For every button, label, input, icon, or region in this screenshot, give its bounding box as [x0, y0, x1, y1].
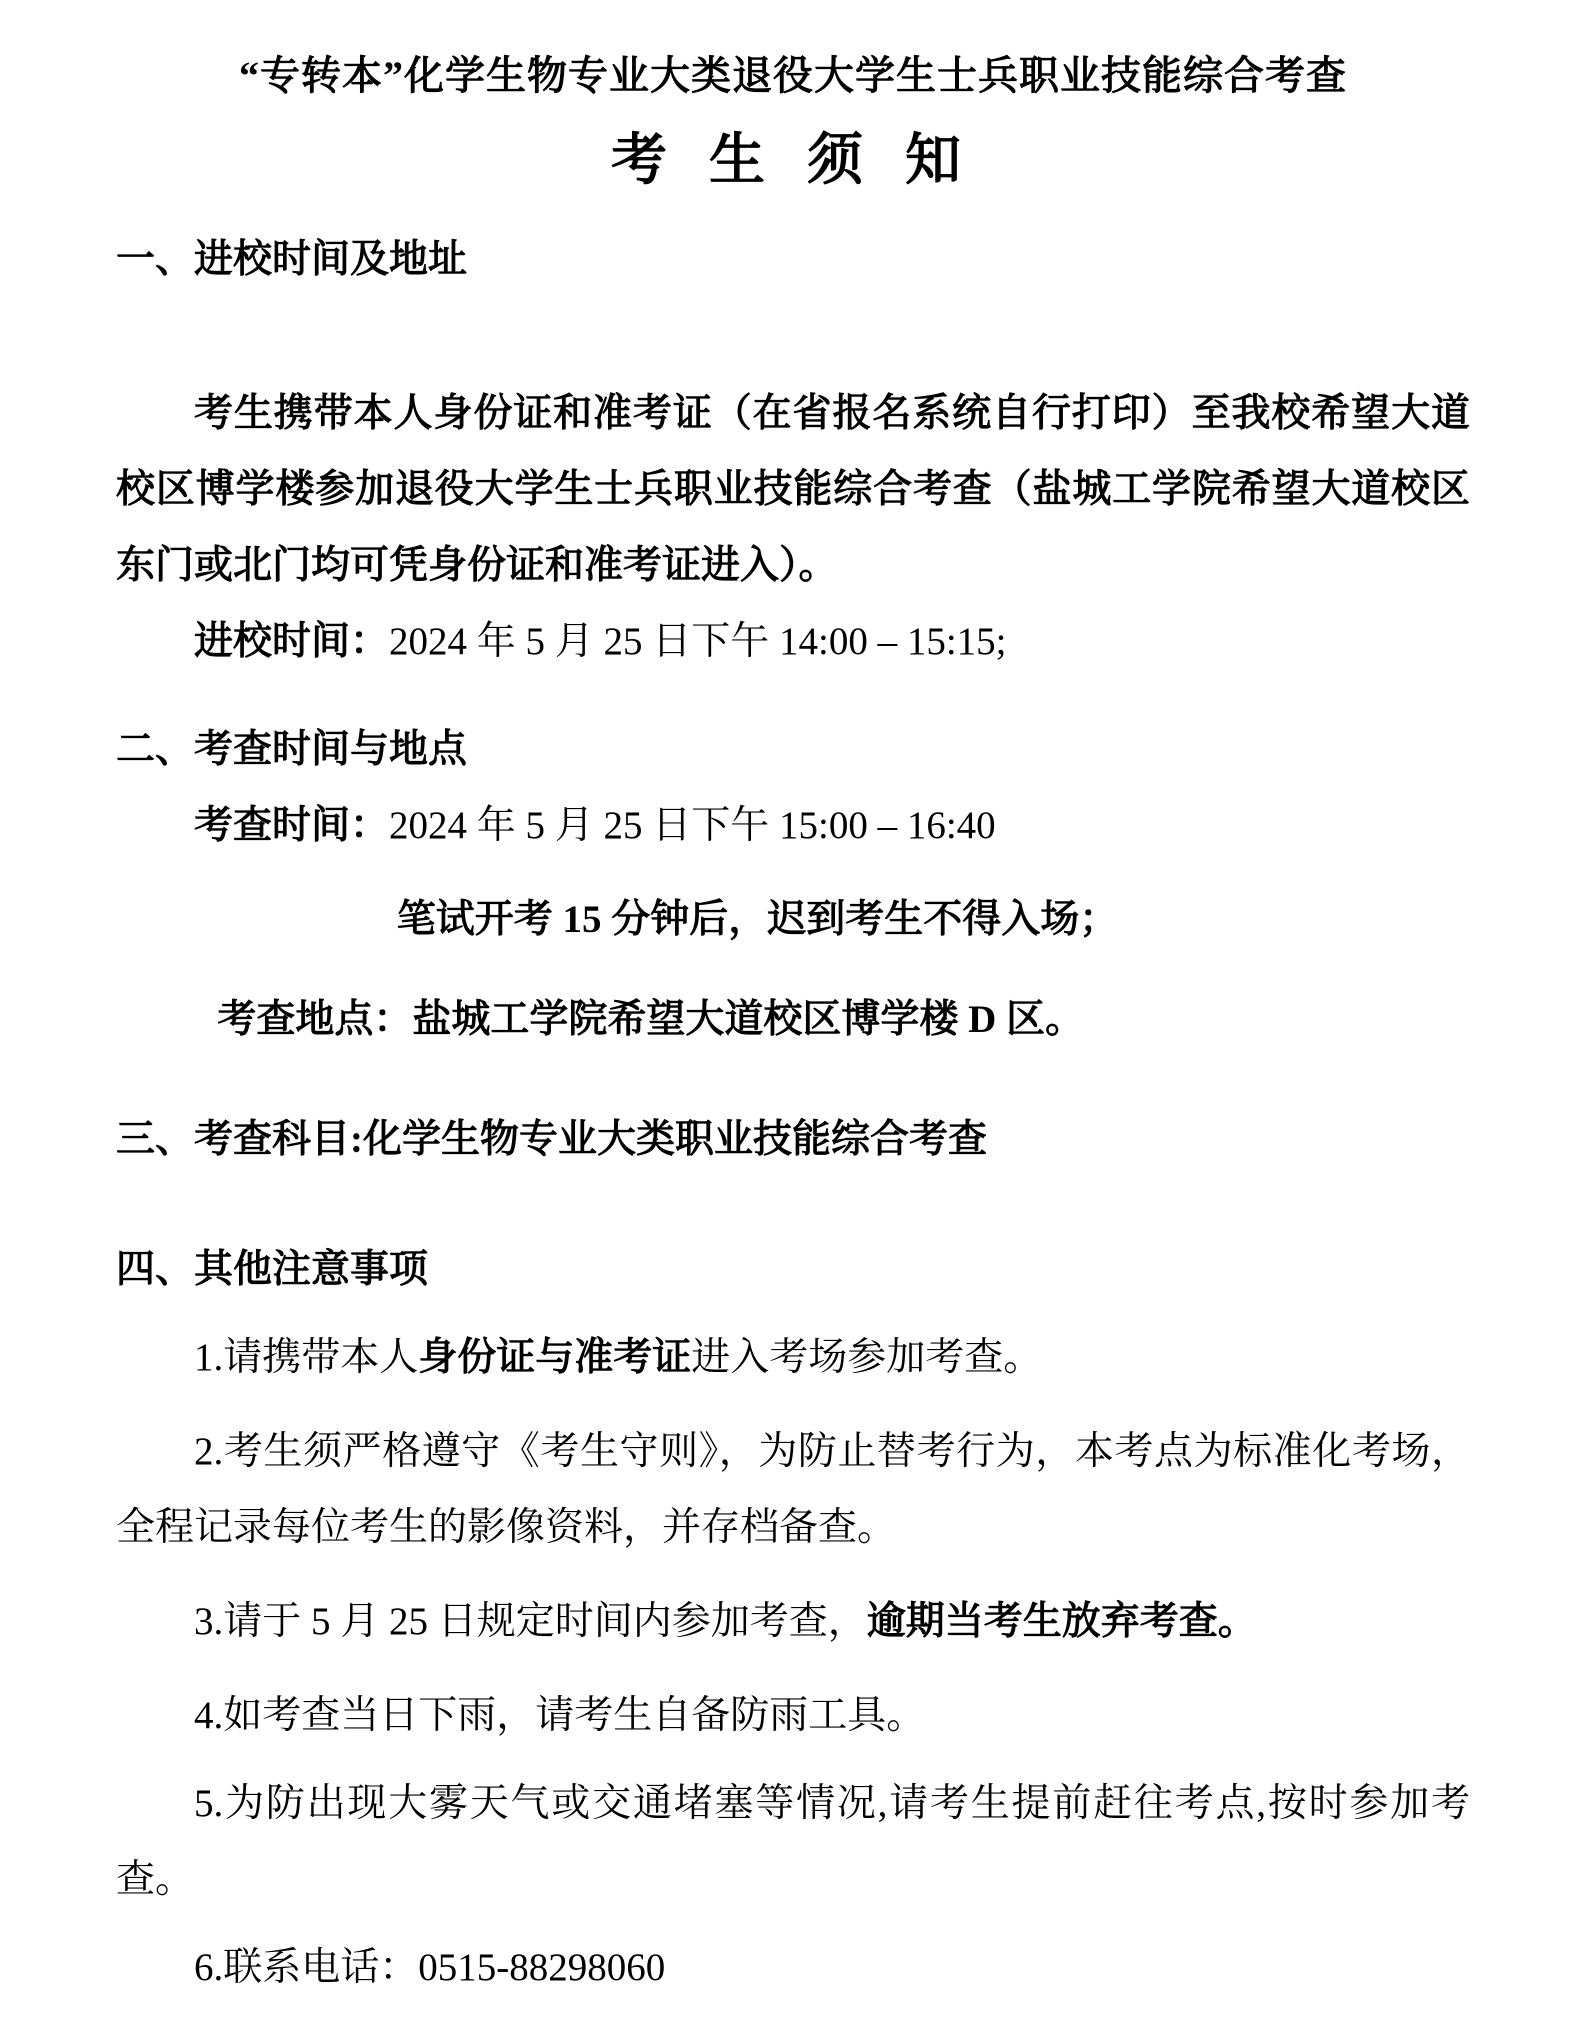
entry-time-line: 进校时间：2024 年 5 月 25 日下午 14:00 – 15:15;	[116, 604, 1470, 680]
section2-heading: 二、考查时间与地点	[116, 724, 1470, 776]
notice-item-3: 3.请于 5 月 25 日规定时间内参加考查，逾期当考生放弃考查。	[116, 1584, 1470, 1660]
notice-item-1-pre: 1.请携带本人	[194, 1336, 418, 1379]
doc-title: “专转本”化学生物专业大类退役大学生士兵职业技能综合考查	[116, 50, 1470, 102]
section3-heading: 三、考查科目:化学生物专业大类职业技能综合考查	[116, 1114, 1470, 1166]
notice-item-3-pre: 3.请于 5 月 25 日规定时间内参加考查，	[194, 1600, 867, 1643]
doc-subtitle: 考 生 须 知	[116, 126, 1470, 196]
contact-phone-value: 0515-88298060	[418, 1946, 665, 1989]
section1-heading: 一、进校时间及地址	[116, 234, 1470, 286]
exam-location-value: 盐城工学院希望大道校区博学楼 D 区。	[412, 998, 1084, 1041]
notice-item-1-post: 进入考场参加考查。	[691, 1336, 1042, 1379]
entry-time-value: 2024 年 5 月 25 日下午 14:00 – 15:15;	[389, 620, 1007, 663]
notice-item-4: 4.如考查当日下雨，请考生自备防雨工具。	[116, 1678, 1470, 1754]
section4-heading: 四、其他注意事项	[116, 1244, 1470, 1296]
entry-time-label: 进校时间：	[194, 620, 389, 663]
exam-time-line: 考查时间：2024 年 5 月 25 日下午 15:00 – 16:40	[116, 788, 1470, 864]
exam-time-label: 考查时间：	[194, 804, 389, 847]
exam-location-label: 考查地点：	[217, 998, 412, 1041]
section1-paragraph: 考生携带本人身份证和准考证（在省报名系统自行打印）至我校希望大道校区博学楼参加退…	[116, 376, 1470, 604]
notice-item-1: 1.请携带本人身份证与准考证进入考场参加考查。	[116, 1320, 1470, 1396]
exam-time-value: 2024 年 5 月 25 日下午 15:00 – 16:40	[389, 804, 996, 847]
contact-phone-label: 6.联系电话：	[194, 1946, 418, 1989]
exam-location-line: 考查地点：盐城工学院希望大道校区博学楼 D 区。	[116, 982, 1470, 1058]
notice-item-2: 2.考生须严格遵守《考生守则》，为防止替考行为，本考点为标准化考场，全程记录每位…	[116, 1414, 1470, 1566]
notice-item-5: 5.为防出现大雾天气或交通堵塞等情况,请考生提前赶往考点,按时参加考查。	[116, 1766, 1470, 1918]
notice-item-6: 6.联系电话：0515-88298060	[116, 1930, 1470, 2006]
notice-item-1-bold: 身份证与准考证	[418, 1336, 691, 1379]
late-rule-line: 笔试开考 15 分钟后，迟到考生不得入场；	[116, 882, 1470, 958]
notice-item-3-bold: 逾期当考生放弃考查。	[867, 1600, 1257, 1643]
document-page: “专转本”化学生物专业大类退役大学生士兵职业技能综合考查 考 生 须 知 一、进…	[0, 0, 1586, 2028]
